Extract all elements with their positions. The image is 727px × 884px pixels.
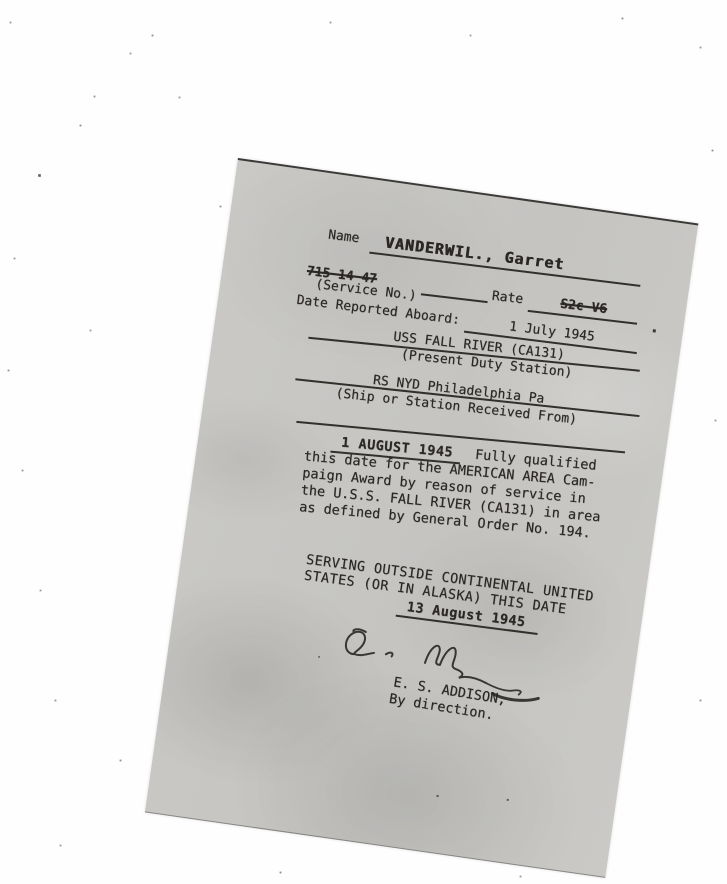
- rate-label: Rate: [491, 290, 524, 308]
- toner-dots: [238, 160, 239, 161]
- paper: Name VANDERWIL., Garret 715 14 47 (Servi…: [145, 158, 698, 878]
- service-number-rule: [421, 278, 489, 303]
- scan-noise-specks: [0, 0, 1, 1]
- name-value: VANDERWIL., Garret: [384, 234, 565, 274]
- rate-value: S2c V6: [559, 297, 607, 317]
- scanned-page-background: Name VANDERWIL., Garret 715 14 47 (Servi…: [0, 0, 727, 884]
- name-label: Name: [327, 229, 360, 247]
